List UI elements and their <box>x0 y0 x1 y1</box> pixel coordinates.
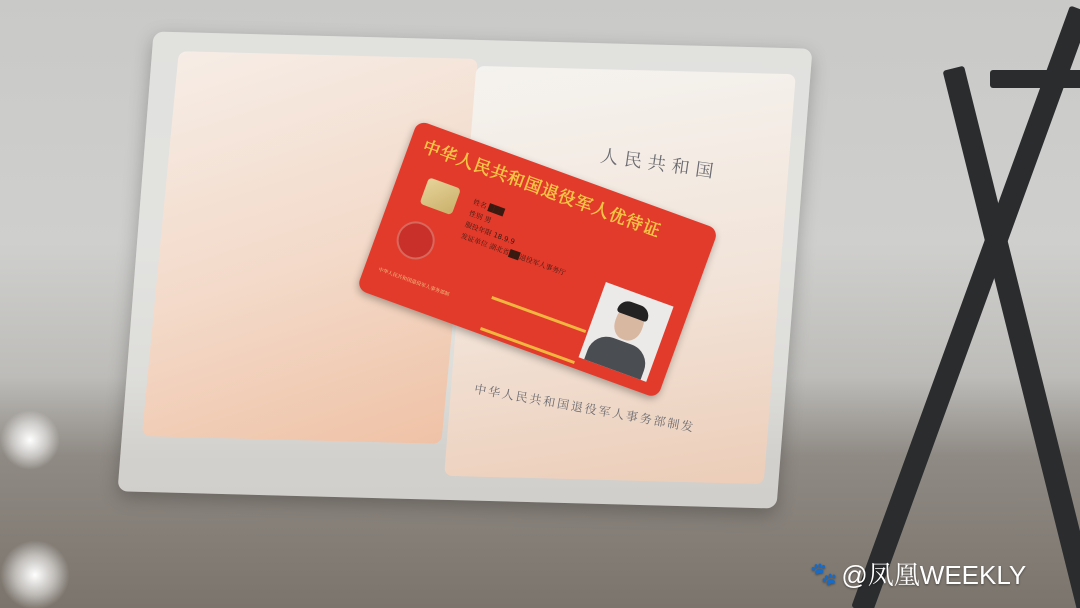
light-reflection <box>0 410 60 470</box>
id-photo <box>579 282 674 382</box>
baidu-paw-icon: 🐾 <box>810 561 837 587</box>
metal-frame-bar <box>990 70 1080 88</box>
emblem-icon <box>391 216 440 265</box>
card-fields: 姓名 ███ 性别 男 服役年限 18.9.9 发证单位 湖北省██退役军人事务… <box>459 196 580 279</box>
light-reflection <box>0 540 70 608</box>
photo-shoulders <box>581 331 651 382</box>
watermark: 🐾 @凤凰WEEKLY <box>810 555 1026 592</box>
chip-icon <box>420 177 462 215</box>
card-issuer: 中华人民共和国退役军人事务部制 <box>377 266 450 298</box>
watermark-text: @凤凰WEEKLY <box>841 555 1026 592</box>
photo-scene: 人民共和国 中华人民共和国退役军人事务部制发 中华人民共和国退役军人优待证 姓名… <box>0 0 1080 608</box>
